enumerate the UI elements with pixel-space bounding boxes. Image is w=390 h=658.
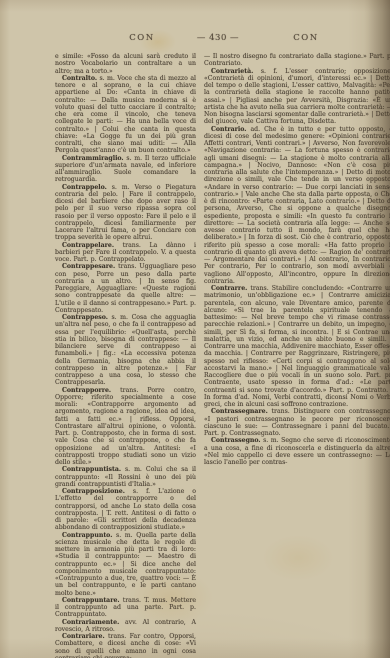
- dictionary-entry: Contrappesare. trans. Ugguagliare peso c…: [55, 263, 196, 314]
- page-number: — 430 —: [186, 33, 250, 45]
- entry-headword: Contrapposizione.: [62, 488, 125, 495]
- entry-headword: Contrammiraglio.: [62, 155, 124, 162]
- entry-body: ad. Che è in tutto e per tutto opposto, …: [204, 126, 390, 285]
- entry-headword: Contrariamente.: [62, 619, 119, 626]
- dictionary-entry: Contrapposizione. s. f. L'azione o L'eff…: [55, 488, 196, 532]
- dictionary-entry: Contrassegno. s. m. Segno che serve di r…: [204, 437, 390, 466]
- entry-body: s. f. L'azione o L'effetto del contrappo…: [55, 488, 196, 531]
- entry-headword: Contrappelo.: [62, 184, 107, 191]
- left-column: e simile: «Fosso da alcuni sarà creduto …: [55, 53, 196, 658]
- dictionary-entry: Contrario. ad. Che è in tutto e per tutt…: [204, 126, 390, 286]
- entry-body: trans. Ugguagliare peso con peso, Porre …: [55, 263, 196, 314]
- entry-body: s. m. Verso o Piegatura contraria del pe…: [55, 184, 196, 242]
- entry-body: s. m. Voce che sta di mezzo al tenore e …: [55, 75, 196, 155]
- entry-headword: Contrassegno.: [211, 437, 261, 444]
- entry-body: s. m. Quella parte della scienza musical…: [55, 532, 196, 597]
- dictionary-entry: Contrarietà. s. f. L'esser contrario; op…: [204, 68, 390, 126]
- entry-headword: Contrarre.: [211, 285, 247, 292]
- dictionary-entry: Contrappunto. s. m. Quella parte della s…: [55, 532, 196, 597]
- dictionary-entry: Contrammiraglio. s. m. Il terzo ufficial…: [55, 155, 196, 184]
- entry-headword: Contrappunto.: [62, 532, 112, 539]
- entry-headword: Contrapporre.: [62, 387, 111, 394]
- scanned-dictionary-page: CON — 430 — CON e simile: «Fosso da alcu…: [0, 0, 390, 658]
- dictionary-entry: Contralto. s. m. Voce che sta di mezzo a…: [55, 75, 196, 155]
- header-right-label: CON: [282, 33, 330, 45]
- entry-body: — Il nostro disegno fu contrariato dalla…: [204, 53, 390, 67]
- entry-body: s. f. L'esser contrario; opposizione: «C…: [204, 68, 390, 126]
- dictionary-entry: e simile: «Fosso da alcuni sarà creduto …: [55, 53, 196, 75]
- entry-body: s. m. Cosa che agguaglia un'altra nel pe…: [55, 314, 196, 386]
- dictionary-entry: Contrarre. trans. Stabilire concludendo:…: [204, 285, 390, 408]
- entry-headword: Contrappesare.: [62, 263, 115, 270]
- entry-headword: Contrarietà.: [211, 68, 253, 75]
- header-left-label: CON: [118, 33, 166, 45]
- dictionary-entry: — Il nostro disegno fu contrariato dalla…: [204, 53, 390, 68]
- entry-body: e simile: «Fosso da alcuni sarà creduto …: [55, 53, 196, 75]
- dictionary-entry: Contrariamente. avv. Al contrario, A rov…: [55, 619, 196, 634]
- entry-headword: Contrappuntare.: [62, 597, 120, 604]
- entry-headword: Contrassegnare.: [211, 408, 268, 415]
- entry-headword: Contrappeso.: [62, 314, 108, 321]
- entry-headword: Contrappelare.: [62, 242, 114, 249]
- dictionary-entry: Contrappuntare. trans. T. mus. Mettere i…: [55, 597, 196, 619]
- dictionary-entry: Contrappelo. s. m. Verso o Piegatura con…: [55, 184, 196, 242]
- dictionary-entry: Contrapporre. trans. Porre contro, Oppor…: [55, 387, 196, 467]
- entry-headword: Contrappuntista.: [62, 466, 121, 473]
- dictionary-entry: Contrassegnare. trans. Distinguere con c…: [204, 408, 390, 437]
- entry-headword: Contrariare.: [62, 633, 105, 640]
- dictionary-entry: Contrappuntista. s. m. Colui che sa il c…: [55, 466, 196, 488]
- dictionary-entry: Contrariare. trans. Far contro, Opporsi,…: [55, 633, 196, 658]
- right-column: — Il nostro disegno fu contrariato dalla…: [204, 53, 390, 658]
- entry-headword: Contralto.: [62, 75, 97, 82]
- text-columns: e simile: «Fosso da alcuni sarà creduto …: [55, 53, 390, 658]
- dictionary-entry: Contrappeso. s. m. Cosa che agguaglia un…: [55, 314, 196, 387]
- entry-body: trans. Stabilire concludendo: «Contrarre…: [204, 285, 390, 408]
- entry-body: trans. Porre contro, Opporre; riferito s…: [55, 387, 196, 467]
- dictionary-entry: Contrappelare. trans. La dànno i barbier…: [55, 242, 196, 264]
- entry-headword: Contrario.: [211, 126, 246, 133]
